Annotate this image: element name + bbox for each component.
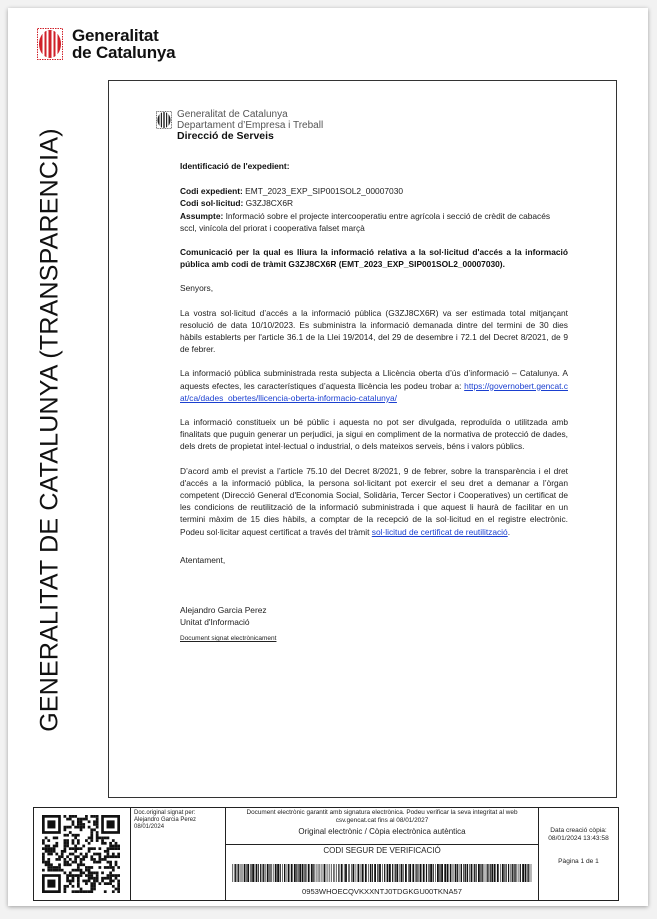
signed-by-label: Doc.original signat per: — [134, 810, 222, 817]
generalitat-logo: Generalitat de Catalunya — [37, 27, 175, 61]
case-details: Codi expedient: EMT_2023_EXP_SIP001SOL2_… — [180, 185, 568, 234]
letterhead-service: Direcció de Serveis — [177, 131, 323, 142]
reuse-certificate-link[interactable]: sol·licitud de certificat de reutilitzac… — [372, 527, 508, 537]
letterhead-org: Generalitat de Catalunya — [177, 110, 323, 121]
signed-electronically-link[interactable]: Document signat electrònicament — [180, 633, 568, 645]
brand-line1: Generalitat — [72, 27, 175, 44]
creation-label: Data creació còpia: — [539, 827, 618, 835]
brand-line2: de Catalunya — [72, 44, 175, 61]
senyera-shield-small-icon — [156, 111, 172, 129]
verification-footer: Doc.original signat per: Alejandro Garci… — [33, 807, 619, 901]
request-code-label: Codi sol·licitud: — [180, 198, 243, 208]
signed-by-name: Alejandro Garcia Perez — [134, 817, 222, 824]
subject-text: Informació sobre el projecte intercooper… — [180, 211, 550, 233]
senyera-shield-icon — [37, 28, 63, 60]
subject-label: Assumpte: — [180, 211, 223, 221]
signer-unit: Unitat d'Informació — [180, 616, 568, 628]
paragraph-2: La informació pública subministrada rest… — [180, 367, 568, 404]
barcode-icon — [232, 864, 533, 882]
verify-text: Document electrònic garantit amb signatu… — [226, 809, 538, 825]
vertical-watermark: GENERALITAT DE CATALUNYA (TRANSPARENCIA) — [36, 128, 65, 731]
csv-code[interactable]: 0953WHOECQVKXXNTJ0TDGKGU00TKNA57 — [226, 887, 538, 896]
request-code: G3ZJ8CX6R — [246, 198, 293, 208]
copy-info-cell: Data creació còpia: 08/01/2024 13:43:58 … — [539, 808, 618, 900]
page-indicator: Pàgina 1 de 1 — [539, 858, 618, 866]
copy-type: Original electrònic / Còpia electrònica … — [226, 828, 538, 836]
closing: Atentament, — [180, 554, 568, 566]
letterhead: Generalitat de Catalunya Departament d’E… — [156, 110, 323, 142]
greeting: Senyors, — [180, 282, 568, 294]
qr-cell — [34, 808, 131, 900]
letter-body: Identificació de l'expedient: Codi exped… — [180, 160, 568, 646]
csv-cell: Document electrònic garantit amb signatu… — [226, 808, 539, 900]
case-code: EMT_2023_EXP_SIP001SOL2_00007030 — [245, 186, 403, 196]
paragraph-4: D’acord amb el previst a l’article 75.10… — [180, 465, 568, 538]
id-heading: Identificació de l'expedient: — [180, 160, 568, 172]
qr-code-icon[interactable] — [42, 815, 120, 893]
signed-date: 08/01/2024 — [134, 824, 222, 831]
paragraph-1: La vostra sol·licitud d’accés a la infor… — [180, 307, 568, 356]
signature-cell: Doc.original signat per: Alejandro Garci… — [131, 808, 226, 900]
verify-box: Document electrònic garantit amb signatu… — [226, 808, 538, 845]
creation-date: 08/01/2024 13:43:58 — [539, 835, 618, 843]
signer-name: Alejandro Garcia Perez — [180, 604, 568, 616]
brand-name: Generalitat de Catalunya — [72, 27, 175, 61]
paragraph-4-end: . — [508, 527, 510, 537]
paragraph-3: La informació constitueix un bé públic i… — [180, 416, 568, 453]
csv-title: CODI SEGUR DE VERIFICACIÓ — [226, 846, 538, 855]
case-code-label: Codi expedient: — [180, 186, 243, 196]
communication-title: Comunicació per la qual es lliura la inf… — [180, 246, 568, 270]
